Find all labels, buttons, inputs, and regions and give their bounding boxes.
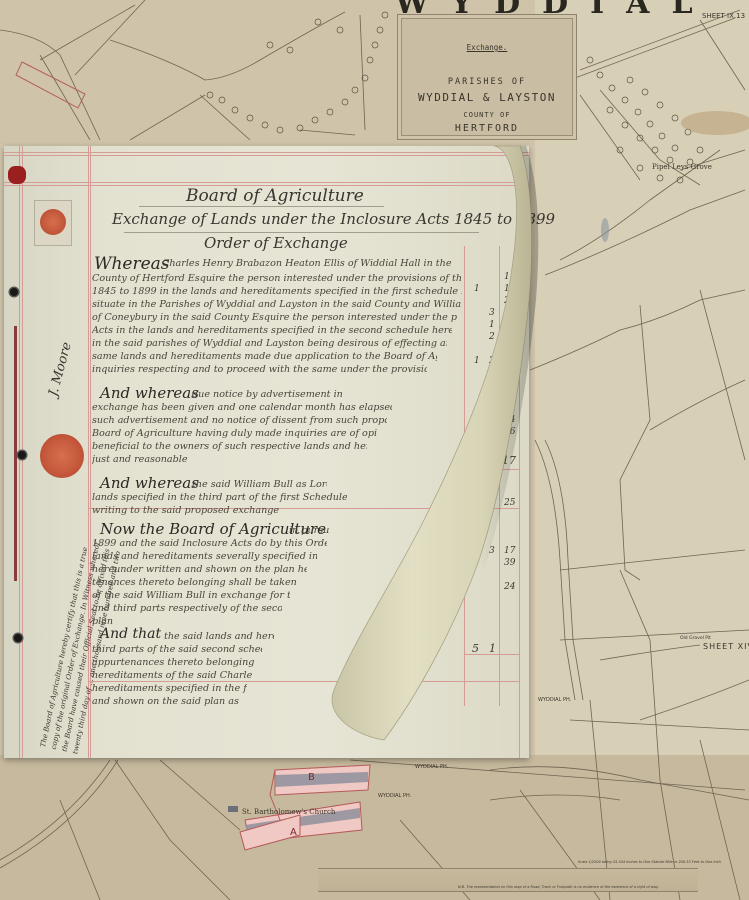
label-road-1: WYDDIAL PH. (415, 764, 448, 770)
wax-seal-icon (8, 166, 26, 184)
para1-lead: Whereas (94, 254, 170, 274)
board-seal-icon (40, 434, 84, 478)
scale-text: Scale 1/2500 being 25.344 Inches to One … (578, 860, 721, 864)
map-title-box: Exchange. PARISHES OF WYDDIAL & LAYSTON … (397, 14, 577, 140)
title-box-line4: HERTFORD (398, 123, 576, 134)
rivet-icon (14, 634, 22, 642)
para5-line: third parts of the said second schedule … (92, 644, 262, 655)
sheet-label-top: SHEET IX.13 (702, 12, 745, 20)
para3-lead: And whereas (100, 474, 199, 492)
label-pipel-leys-grove: Pipel Leys Grove (652, 163, 712, 171)
para4-line: of the said William Bull in exchange for… (92, 590, 290, 601)
order-of-exchange-document: Board of Agriculture Exchange of Lands u… (4, 146, 529, 758)
para5-line: appurtenances thereto belonging shall be… (92, 657, 257, 668)
title-box-line3: COUNTY OF (398, 111, 576, 119)
stamp-panel (34, 200, 72, 246)
para5-lead: And that (100, 626, 161, 642)
para4-line: and third parts respectively of the seco… (92, 603, 282, 614)
note-text: N.B. The representation on this map of a… (458, 885, 659, 889)
para4-line: tenances thereto belonging shall be take… (92, 577, 297, 588)
label-church: St. Bartholomew's Church (242, 808, 335, 816)
para2-line: just and reasonable (92, 454, 212, 465)
label-gravel-pit: Old Gravel Pit (680, 636, 711, 641)
ribbon-tape (14, 326, 17, 581)
para4-line: hereunder written and shown on the plan … (92, 564, 307, 575)
curled-page-fold (294, 140, 554, 760)
title-box-exchange: Exchange. (398, 43, 576, 52)
title-box-line1: PARISHES OF (398, 77, 576, 87)
plot-mark-a: A (290, 827, 297, 838)
para5-line: hereditaments of the said Charles Henry … (92, 670, 252, 681)
map-scale-bar: Scale 1/2500 being 25.344 Inches to One … (318, 868, 698, 892)
title-box-line2: WYDDIAL & LAYSTON (398, 91, 576, 104)
label-road-2: WYDDIAL PH. (378, 793, 411, 799)
para5-line: hereditaments specified in the first sec… (92, 683, 247, 694)
signature: J. Moore (46, 341, 75, 398)
rivet-icon (10, 288, 18, 296)
para4-line: 1899 and the said Inclosure Acts do by t… (92, 538, 327, 549)
plot-mark-b: B (308, 772, 315, 783)
para4-line: lands and hereditaments severally specif… (92, 551, 317, 562)
para5-line: and shown on the said plan as aforesaid … (92, 696, 242, 707)
photo-stage: WYDDIAL Exchange. PARISHES OF WYDDIAL & … (0, 0, 749, 900)
para2-lead: And whereas (100, 384, 199, 402)
para3-line: writing to the said proposed exchange (92, 505, 292, 516)
sheet-label-right: SHEET XIV.1 (703, 642, 749, 651)
para5-line: the said lands and hereditaments several… (164, 631, 274, 642)
official-stamp-icon (40, 209, 66, 235)
rivet-icon (18, 451, 26, 459)
